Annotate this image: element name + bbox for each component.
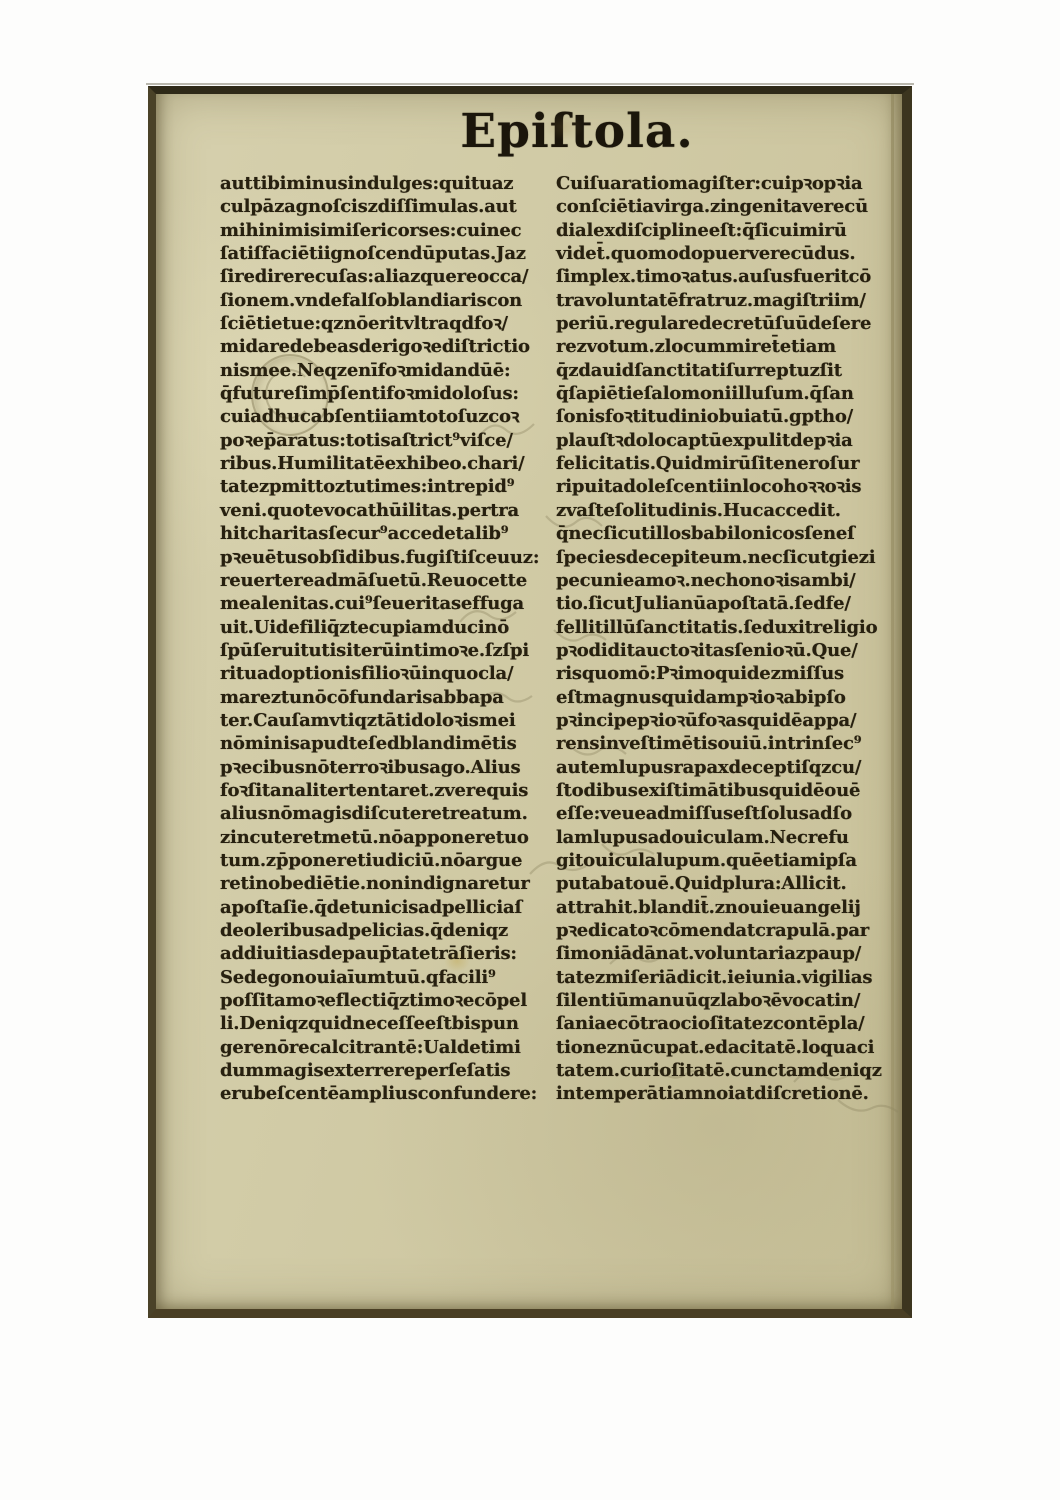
- text-line: tio.ſicutJulianūapoſtatā.ſedfe/: [556, 592, 896, 615]
- text-line: Cuiſuaratiomagiſter:cuipꝛopꝛia: [556, 172, 896, 195]
- text-line: videt̄.quomodopuerverecūdus.: [556, 242, 896, 265]
- text-line: eſſe:veueadmiſſuseſtſolusadſo: [556, 802, 896, 825]
- text-line: putabatouē.Quidplura:Allicit.: [556, 872, 896, 895]
- text-line: ſimoniādānat.voluntariazpaup/: [556, 942, 896, 965]
- text-line: intemperātiamnoiatdiſcretionē.: [556, 1082, 896, 1105]
- text-line: mihinimisimiſericorses:cuinec: [220, 219, 554, 242]
- text-line: pꝛecibusnōterroꝛibusago.Alius: [220, 756, 554, 779]
- text-line: autemlupusrapaxdeceptiſqzcu/: [556, 756, 896, 779]
- text-column-left: auttibiminusindulges:quituazculpāzagnoſc…: [220, 172, 554, 1106]
- text-line: foꝛſitanalitertentaret.zverequis: [220, 779, 554, 802]
- text-line: ſaniaecōtraocioſitatezcontēpla/: [556, 1012, 896, 1035]
- text-line: nismee.Neqzenīfoꝛmidandūē:: [220, 359, 554, 382]
- text-line: q̄necſicutillosbabilonicosſeneſ: [556, 522, 896, 545]
- page-heading: Epiſtola.: [460, 104, 694, 159]
- text-line: ſimplex.timoꝛatus.auſusfueritcō: [556, 265, 896, 288]
- text-line: pꝛincipepꝛioꝛūfoꝛasquidēappa/: [556, 709, 896, 732]
- text-line: mareztunōcōfundarisabbapa: [220, 686, 554, 709]
- text-line: rezvotum.zlocummiret̄etiam: [556, 335, 896, 358]
- text-line: tatezmiſeriādicit.ieiunia.vigilias: [556, 966, 896, 989]
- text-line: veni.quotevocathūilitas.pertra: [220, 499, 554, 522]
- text-line: retinobediētie.nonindignaretur: [220, 872, 554, 895]
- text-line: cuiadhucabſentiiamtotoſuzcoꝛ: [220, 405, 554, 428]
- text-column-right: Cuiſuaratiomagiſter:cuipꝛopꝛiaconſciētia…: [556, 172, 896, 1106]
- text-line: culpāzagnoſciszdiſſimulas.aut: [220, 195, 554, 218]
- scan-top-edge-line: [146, 83, 914, 85]
- text-line: addiuitiasdepaup̄tatetrāſieris:: [220, 942, 554, 965]
- text-line: attrahit.blandit̄.znouieuangelij: [556, 896, 896, 919]
- text-line: reuertereadmāſuetū.Reuocette: [220, 569, 554, 592]
- text-line: q̄zdauidſanctitatiſurreptuzſit: [556, 359, 896, 382]
- text-line: risquomō:Pꝛimoquidezmiſſus: [556, 662, 896, 685]
- text-line: q̄ſapiētieſalomoniilluſum.q̄ſan: [556, 382, 896, 405]
- text-line: fellitillūſanctitatis.ſeduxitreligio: [556, 616, 896, 639]
- text-line: tioneznūcupat.edacitatē.loquaci: [556, 1036, 896, 1059]
- text-line: hitcharitasſecur⁹accedetalib⁹: [220, 522, 554, 545]
- text-line: li.Deniqzquidneceſſeeſtbispun: [220, 1012, 554, 1035]
- text-line: eſtmagnusquidampꝛioꝛabipſo: [556, 686, 896, 709]
- text-line: auttibiminusindulges:quituaz: [220, 172, 554, 195]
- text-line: midaredebeasderigoꝛediſtrictio: [220, 335, 554, 358]
- text-line: dummagisexterrereperſeſatis: [220, 1059, 554, 1082]
- text-line: tum.zp̄poneretiudiciū.nōargue: [220, 849, 554, 872]
- text-line: erubeſcentēampliusconfundere:: [220, 1082, 554, 1105]
- text-line: poſſitamoꝛeflectiq̄ztimoꝛecōpel: [220, 989, 554, 1012]
- text-line: ſiredirerecuſas:aliazquereocca/: [220, 265, 554, 288]
- text-line: gitouiculalupum.quēetiamipſa: [556, 849, 896, 872]
- text-line: tatem.curioſitatē.cunctamdeniqz: [556, 1059, 896, 1082]
- text-line: mealenitas.cui⁹ſeueritaseffuga: [220, 592, 554, 615]
- text-line: zvaſteſolitudinis.Hucaccedit.: [556, 499, 896, 522]
- text-line: ſonisfoꝛtitudiniobuiatū.gptho/: [556, 405, 896, 428]
- text-line: travoluntatēfratruz.magiſtriim/: [556, 289, 896, 312]
- text-line: poꝛep̄aratus:totisaſtrict⁹viſce/: [220, 429, 554, 452]
- text-line: pꝛodiditauctoꝛitasſenioꝛū.Que/: [556, 639, 896, 662]
- text-line: ripuitadoleſcentiinlocohoꝛꝛoꝛis: [556, 475, 896, 498]
- text-line: ſpeciesdecepiteum.necſicutgiezi: [556, 546, 896, 569]
- text-line: ſilentiūmanuūqzlaboꝛēvocatin/: [556, 989, 896, 1012]
- text-line: ribus.Humilitatēexhibeo.chari/: [220, 452, 554, 475]
- text-line: periū.regularedecretūſuūdeſere: [556, 312, 896, 335]
- text-line: ter.Cauſamvtiqztātidoloꝛismei: [220, 709, 554, 732]
- text-line: ſionem.vndefalſoblandiariscon: [220, 289, 554, 312]
- text-line: tatezpmittoztutimes:intrepid⁹: [220, 475, 554, 498]
- text-line: nōminisapudteſedblandimētis: [220, 732, 554, 755]
- text-line: ſtodibusexiſtimātibusquidēouē: [556, 779, 896, 802]
- text-line: dialexdiſciplineeſt:q̄ſicuimirū: [556, 219, 896, 242]
- text-line: Sedegonouiaīumtuū.qfacili⁹: [220, 966, 554, 989]
- text-line: deoleribusadpelicias.q̄deniqz: [220, 919, 554, 942]
- text-line: lamlupusadouiculam.Necrefu: [556, 826, 896, 849]
- text-line: apoſtaſie.q̄detunicisadpelliciaſ: [220, 896, 554, 919]
- text-line: plauſtꝛdolocaptūexpulitdepꝛia: [556, 429, 896, 452]
- text-line: zincuteretmetū.nōapponeretuo: [220, 826, 554, 849]
- text-line: aliusnōmagisdiſcuteretreatum.: [220, 802, 554, 825]
- text-line: rensinveſtimētisouiū.intrinſec⁹: [556, 732, 896, 755]
- text-line: ſciētietue:qznōeritvltraqdfoꝛ/: [220, 312, 554, 335]
- text-line: conſciētiavirga.zingenitaverecū: [556, 195, 896, 218]
- text-line: uit.Uidefiliq̄ztecupiamducinō: [220, 616, 554, 639]
- book-page: Epiſtola. auttibiminusindulges:quituazcu…: [148, 86, 912, 1318]
- text-line: ſatiſfaciētiignoſcendūputas.Jaz: [220, 242, 554, 265]
- text-line: pꝛeuētusobſidibus.fugiſtiſceuuz:: [220, 546, 554, 569]
- text-line: pꝛedicatoꝛcōmendatcrapulā.par: [556, 919, 896, 942]
- text-line: gerenōrecalcitrantē:Ualdetimi: [220, 1036, 554, 1059]
- text-line: q̄futureſimp̄ſentifoꝛmidoloſus:: [220, 382, 554, 405]
- text-line: rituadoptionisfilioꝛūinquocla/: [220, 662, 554, 685]
- text-line: felicitatis.Quidmirūſiteneroſur: [556, 452, 896, 475]
- text-line: ſpūſeruitutisiterūintimoꝛe.ſzſpi: [220, 639, 554, 662]
- text-line: pecunieamoꝛ.nechonoꝛisambi/: [556, 569, 896, 592]
